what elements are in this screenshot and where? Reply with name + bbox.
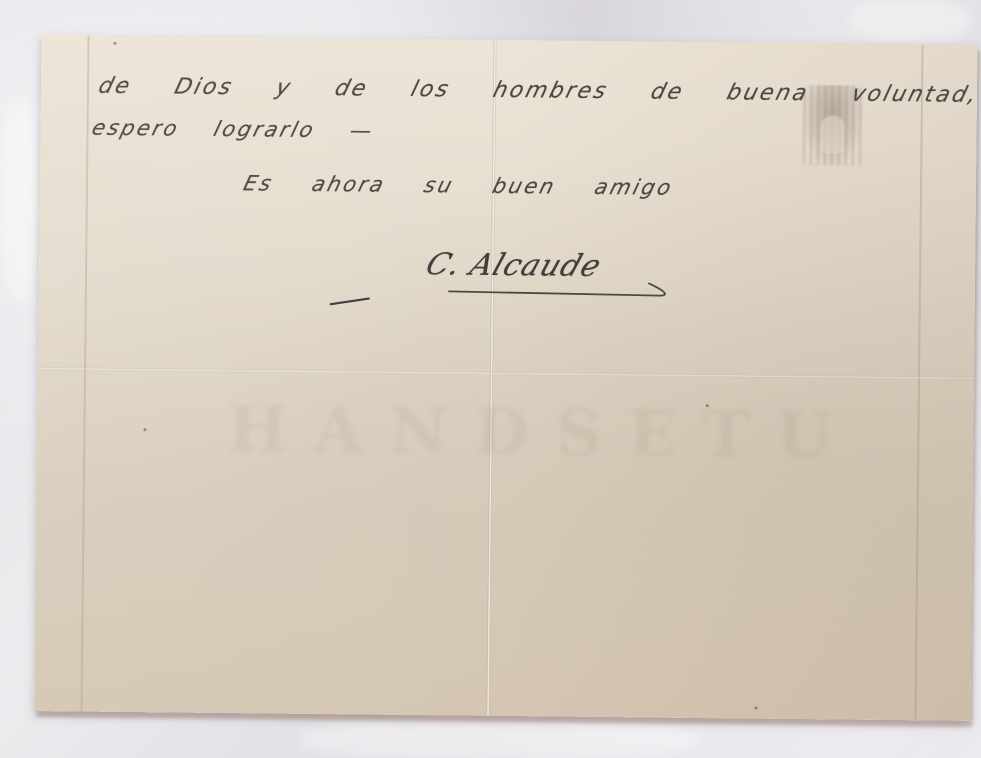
- vertical-fold-line: [486, 40, 496, 716]
- right-edge-fold: [914, 44, 923, 720]
- paper-watermark: HANDSETU: [227, 392, 788, 478]
- paper-speck: [143, 428, 146, 431]
- left-edge-fold: [80, 36, 89, 712]
- handwritten-line-1: de Dios y de los hombres de buena volunt…: [96, 74, 981, 108]
- horizontal-fold-line: [38, 367, 974, 380]
- paper-speck: [755, 707, 758, 710]
- background-tissue-highlight: [850, 0, 970, 40]
- handwritten-line-2: espero lograrlo —: [89, 116, 377, 143]
- stamp-portrait: [820, 115, 844, 153]
- paper-speck: [706, 404, 709, 407]
- background-tissue-highlight: [300, 720, 700, 758]
- handwritten-closing: Es ahora su buen amigo: [241, 171, 676, 199]
- letter-paper: HANDSETU de Dios y de los hombres de bue…: [34, 35, 977, 721]
- background-tissue-highlight: [0, 100, 40, 300]
- signature-underline-flourish: [329, 276, 689, 320]
- paper-speck: [113, 42, 116, 45]
